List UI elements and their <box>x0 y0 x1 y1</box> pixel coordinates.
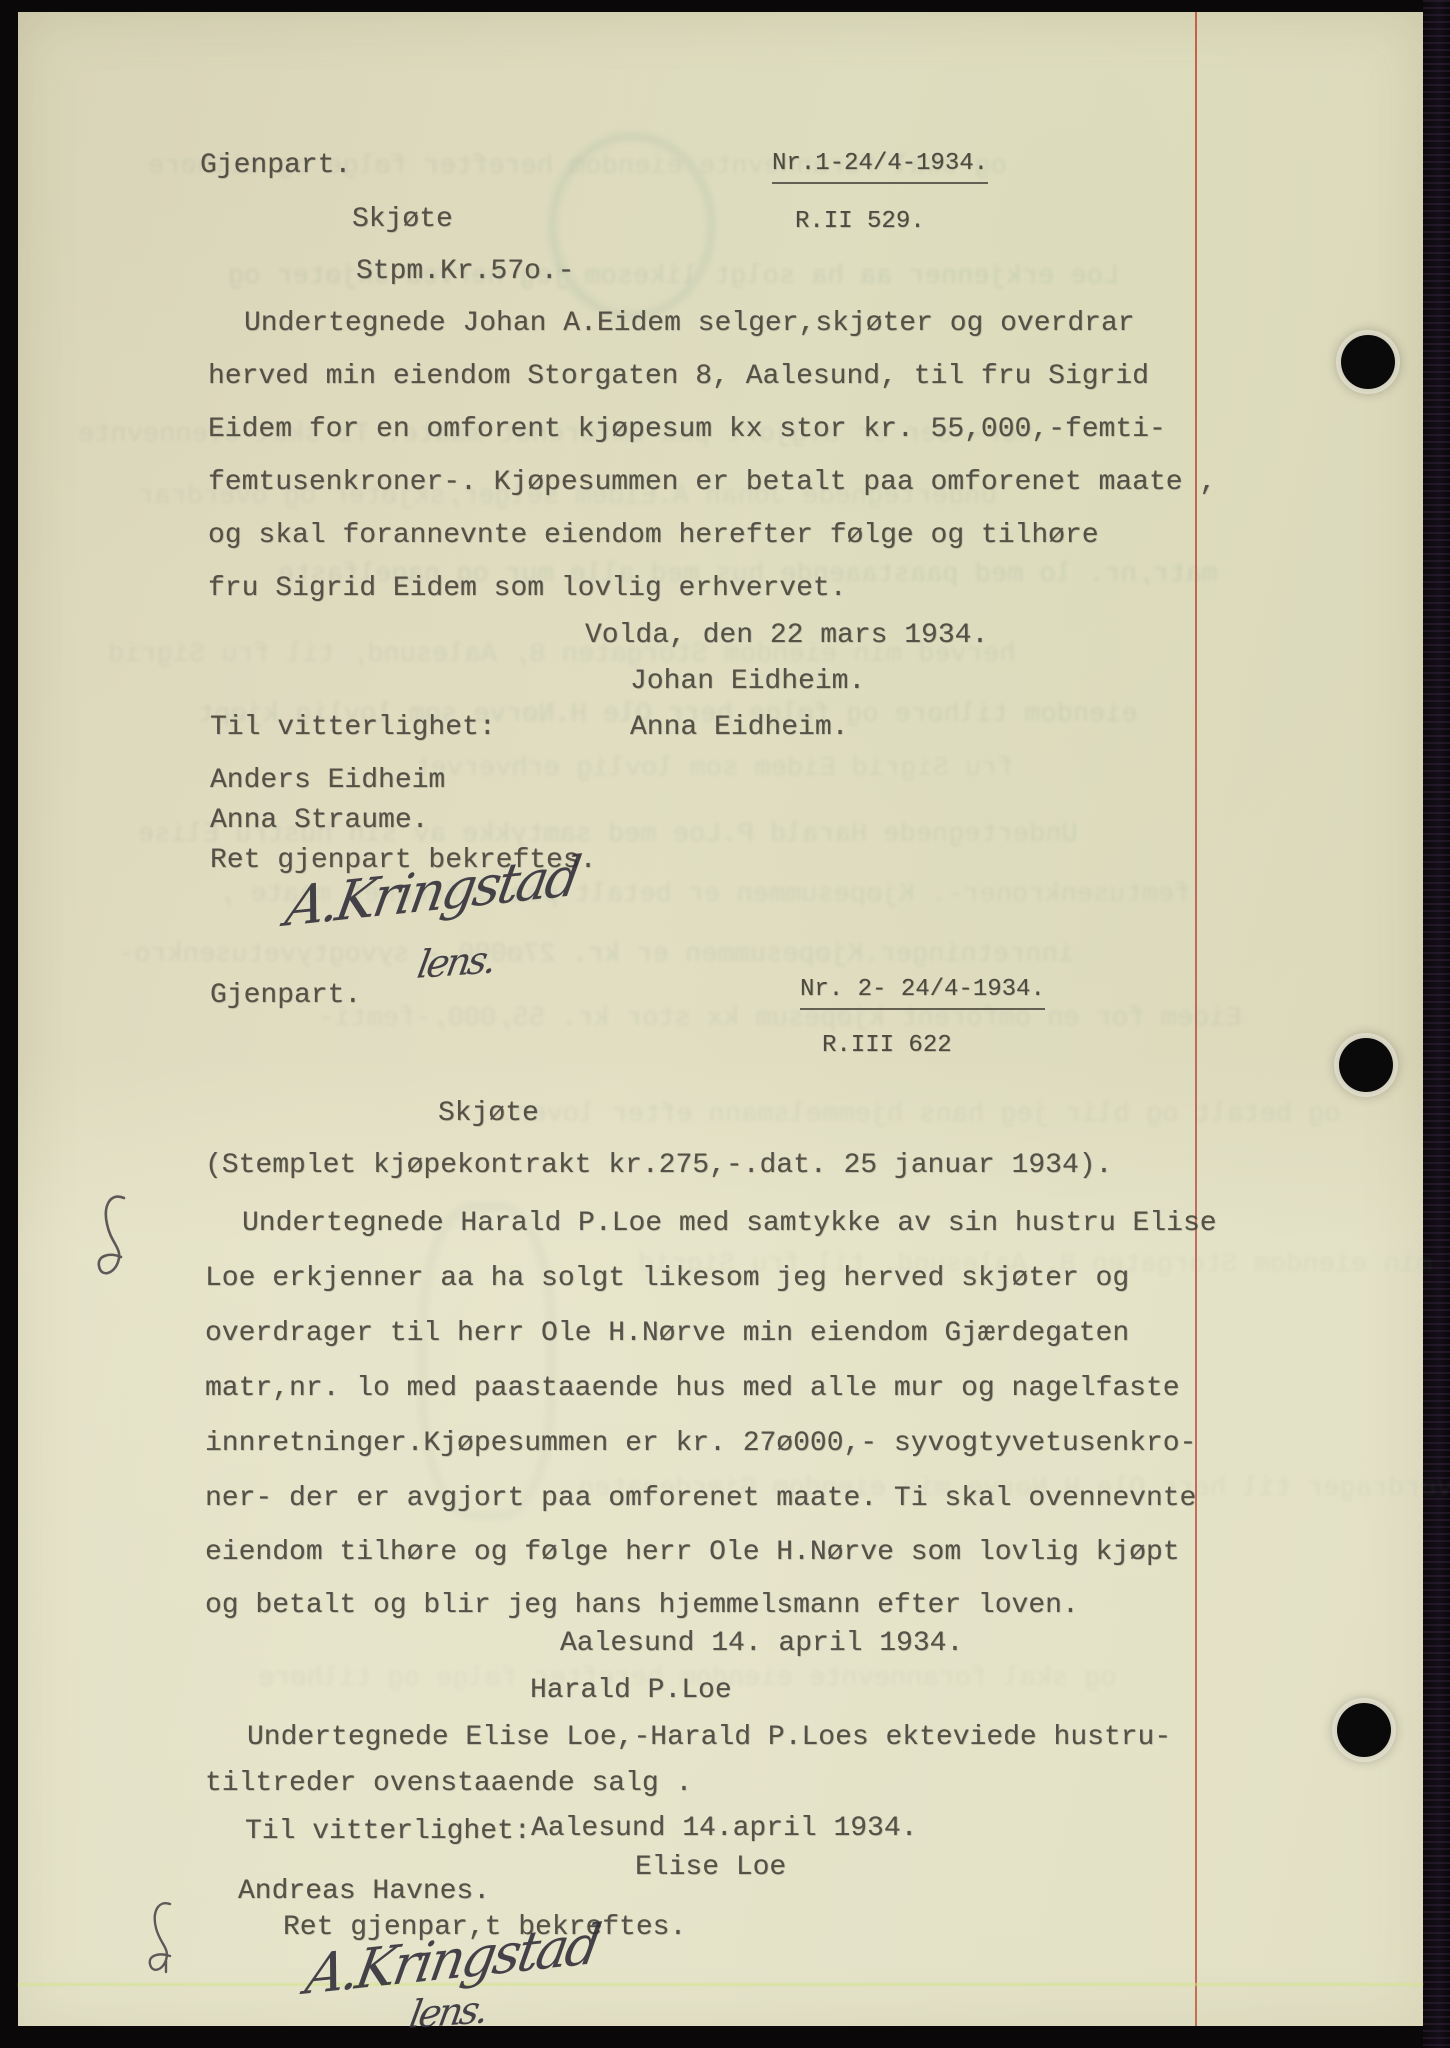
doc1-title: Skjøte <box>352 204 453 236</box>
doc2-body-line: matr,nr. lo med paastaaende hus med alle… <box>205 1373 1180 1405</box>
doc1-body-line: herved min eiendom Storgaten 8, Aalesund… <box>208 361 1149 393</box>
red-margin-rule <box>1195 12 1197 2026</box>
doc2-body-line: og betalt og blir jeg hans hjemmelsmann … <box>205 1590 1079 1622</box>
doc2-spouse-signature: Elise Loe <box>635 1852 786 1884</box>
doc2-place-date: Aalesund 14. april 1934. <box>560 1628 963 1660</box>
doc1-place-date: Volda, den 22 mars 1934. <box>585 620 988 652</box>
doc2-title: Skjøte <box>438 1098 539 1130</box>
bleedthrough-text: fru Sigrid Eidem som lovlig erhvervet. <box>398 754 1014 784</box>
scanned-page-background: og skal forannevnte eiendom herefter føl… <box>0 0 1450 2048</box>
doc2-body-line: innretninger.Kjøpesummen er kr. 27ø000,-… <box>205 1428 1196 1460</box>
document-page: og skal forannevnte eiendom herefter føl… <box>18 12 1423 2026</box>
bleedthrough-text: Eidem for en omforent kjøpesum kx stor k… <box>318 1004 1242 1034</box>
doc2-body-line: ner- der er avgjort paa omforenet maate.… <box>205 1483 1196 1515</box>
doc1-witness-name: Anna Eidheim. <box>630 712 848 744</box>
doc2-register-number: R.III 622 <box>822 1032 952 1060</box>
doc2-seller-signature: Harald P.Loe <box>530 1675 732 1707</box>
doc2-witness-name: Andreas Havnes. <box>238 1876 490 1908</box>
doc2-copy-label: Gjenpart. <box>210 980 361 1012</box>
doc1-witness-heading: Til vitterlighet: <box>210 712 496 744</box>
doc1-copy-label: Gjenpart. <box>200 150 351 182</box>
doc2-body-line: Undertegnede Harald P.Loe med samtykke a… <box>242 1208 1217 1240</box>
doc2-stamp-note: (Stemplet kjøpekontrakt kr.275,-.dat. 25… <box>205 1150 1112 1182</box>
bleedthrough-stamp <box>418 1202 556 1520</box>
doc2-body-line: eiendom tilhøre og følge herr Ole H.Nørv… <box>205 1537 1180 1569</box>
scan-line-artifact <box>18 1983 1423 1986</box>
doc1-ref-number: Nr.1-24/4-1934. <box>772 150 988 184</box>
handwritten-title: lens. <box>414 937 497 987</box>
doc1-witness-name: Anders Eidheim <box>210 765 445 797</box>
doc1-body-line: Undertegnede Johan A.Eidem selger,skjøte… <box>244 308 1135 340</box>
bleedthrough-text: innretninger.Kjøpesummen er kr. 27ø000,-… <box>118 940 1074 970</box>
doc2-witness-heading: Til vitterlighet: <box>245 1816 531 1848</box>
doc2-ref-number: Nr. 2- 24/4-1934. <box>800 976 1045 1010</box>
doc1-stamp-duty: Stpm.Kr.57o.- <box>356 256 574 288</box>
doc1-witness-name: Anna Straume. <box>210 805 428 837</box>
handwritten-margin-mark <box>90 1190 142 1286</box>
doc1-seller-signature: Johan Eidheim. <box>630 666 865 698</box>
doc2-spouse-line: Undertegnede Elise Loe,-Harald P.Loes ek… <box>247 1722 1171 1754</box>
handwritten-title: lens. <box>406 1987 489 2037</box>
doc2-body-line: overdrager til herr Ole H.Nørve min eien… <box>205 1318 1129 1350</box>
doc2-spouse-line: tiltreder ovenstaaende salg . <box>205 1768 692 1800</box>
doc1-body-line: femtusenkroner-. Kjøpesummen er betalt p… <box>208 467 1216 499</box>
punch-hole <box>1341 335 1395 389</box>
doc2-witness-place-date: Aalesund 14.april 1934. <box>531 1813 917 1845</box>
doc1-register-number: R.II 529. <box>795 208 925 236</box>
doc2-body-line: Loe erkjenner aa ha solgt likesom jeg he… <box>205 1263 1129 1295</box>
doc1-body-line: fru Sigrid Eidem som lovlig erhvervet. <box>208 573 847 605</box>
doc1-body-line: Eidem for en omforent kjøpesum kx stor k… <box>208 414 1166 446</box>
doc1-body-line: og skal forannevnte eiendom herefter føl… <box>208 520 1099 552</box>
handwritten-margin-mark <box>140 1898 188 1982</box>
bleedthrough-stamp <box>548 132 716 320</box>
punch-hole <box>1337 1703 1391 1757</box>
punch-hole <box>1339 1038 1393 1092</box>
scanner-backing-strip <box>1423 0 1450 2048</box>
